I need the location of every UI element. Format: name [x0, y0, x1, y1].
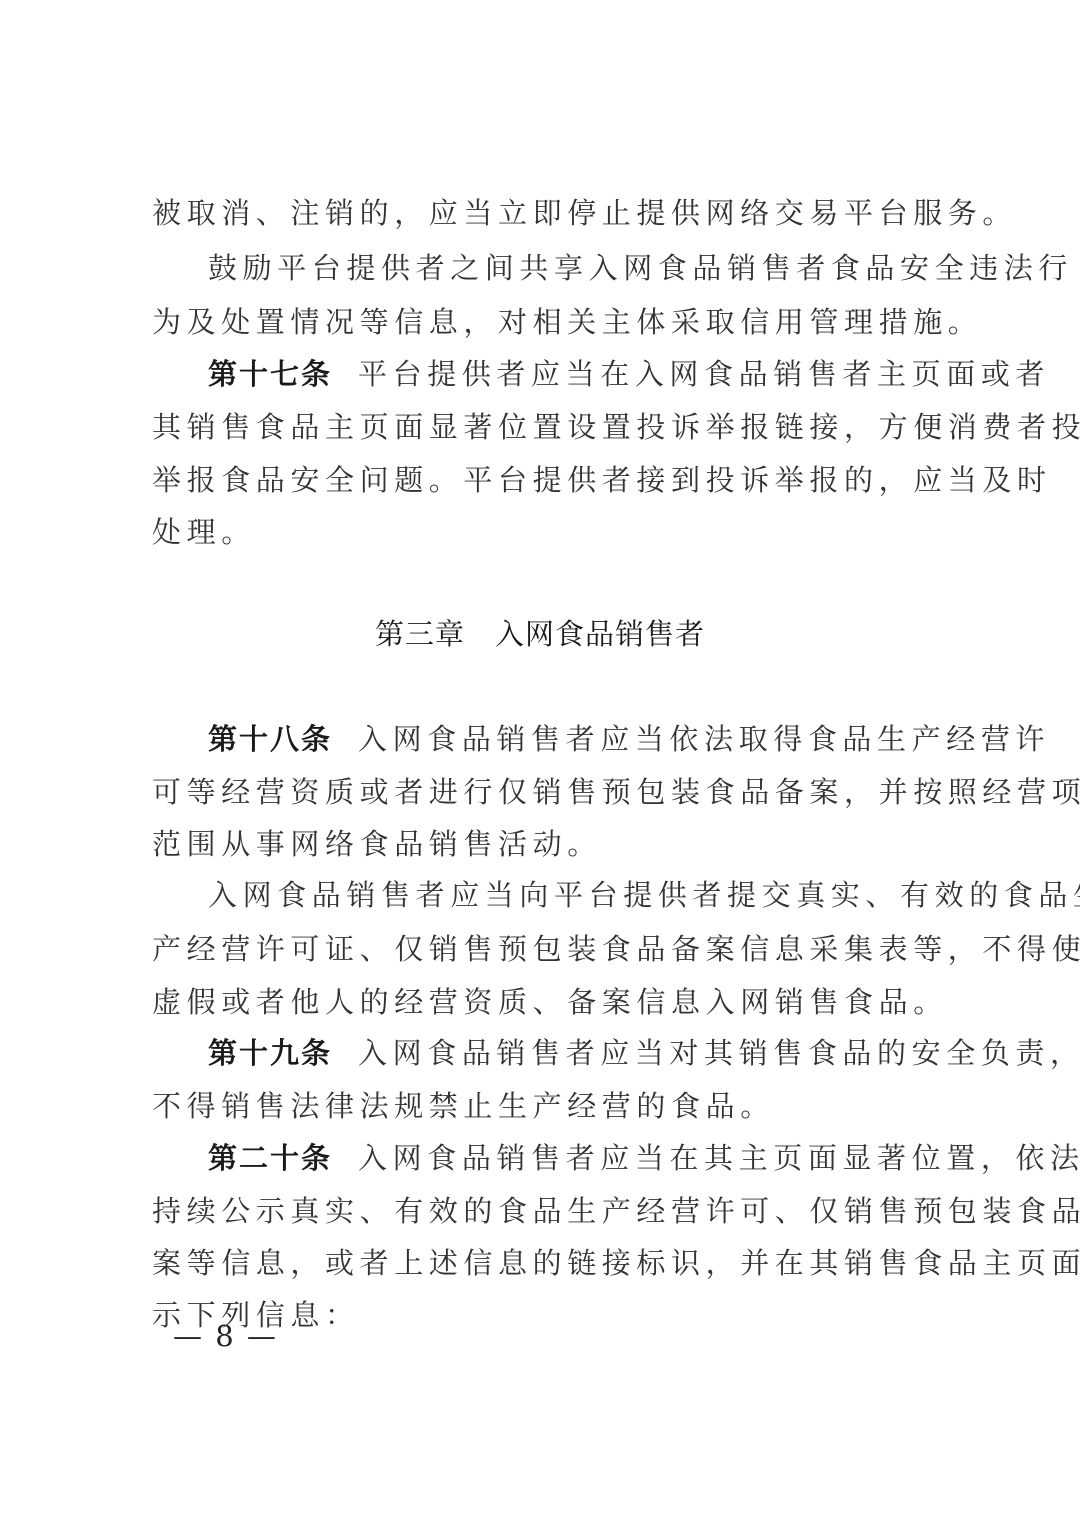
paragraph-line: 可等经营资质或者进行仅销售预包装食品备案，并按照经营项目 — [152, 774, 928, 810]
article-19-first-line: 第十九条入网食品销售者应当对其销售食品的安全负责， — [152, 1035, 984, 1071]
article-17-first-line: 第十七条平台提供者应当在入网食品销售者主页面或者 — [152, 356, 984, 392]
article-heading: 第十八条 — [208, 722, 332, 756]
paragraph-text: 入网食品销售者应当在其主页面显著位置，依法 — [358, 1141, 1080, 1175]
paragraph-line: 其销售食品主页面显著位置设置投诉举报链接，方便消费者投诉 — [152, 409, 928, 445]
chapter-number: 第三章 — [375, 617, 465, 651]
article-18-first-line: 第十八条入网食品销售者应当依法取得食品生产经营许 — [152, 721, 984, 757]
paragraph-line: 举报食品安全问题。平台提供者接到投诉举报的，应当及时 — [152, 462, 928, 498]
article-heading: 第十七条 — [208, 357, 332, 391]
paragraph-line: 范围从事网络食品销售活动。 — [152, 826, 928, 862]
paragraph-line: 入网食品销售者应当向平台提供者提交真实、有效的食品生 — [152, 877, 984, 913]
paragraph-line: 虚假或者他人的经营资质、备案信息入网销售食品。 — [152, 984, 928, 1020]
paragraph-line: 被取消、注销的，应当立即停止提供网络交易平台服务。 — [152, 195, 928, 231]
article-heading: 第十九条 — [208, 1036, 332, 1070]
paragraph-line: 为及处置情况等信息，对相关主体采取信用管理措施。 — [152, 304, 928, 340]
paragraph-line: 处理。 — [152, 514, 928, 550]
paragraph-line: 案等信息，或者上述信息的链接标识，并在其销售食品主页面展 — [152, 1245, 928, 1281]
paragraph-text: 入网食品销售者应当依法取得食品生产经营许 — [358, 722, 1050, 756]
paragraph-text: 平台提供者应当在入网食品销售者主页面或者 — [358, 357, 1050, 391]
paragraph-line: 鼓励平台提供者之间共享入网食品销售者食品安全违法行 — [152, 250, 984, 286]
paragraph-line: 持续公示真实、有效的食品生产经营许可、仅销售预包装食品备 — [152, 1193, 928, 1229]
chapter-heading: 第三章入网食品销售者 — [152, 616, 928, 652]
article-heading: 第二十条 — [208, 1141, 332, 1175]
paragraph-text: 入网食品销售者应当对其销售食品的安全负责， — [358, 1036, 1080, 1070]
article-20-first-line: 第二十条入网食品销售者应当在其主页面显著位置，依法 — [152, 1140, 984, 1176]
paragraph-line: 不得销售法律法规禁止生产经营的食品。 — [152, 1088, 928, 1124]
page-number: — 8 — — [173, 1318, 278, 1354]
paragraph-line: 产经营许可证、仅销售预包装食品备案信息采集表等，不得使用 — [152, 931, 928, 967]
chapter-title: 入网食品销售者 — [495, 617, 705, 651]
